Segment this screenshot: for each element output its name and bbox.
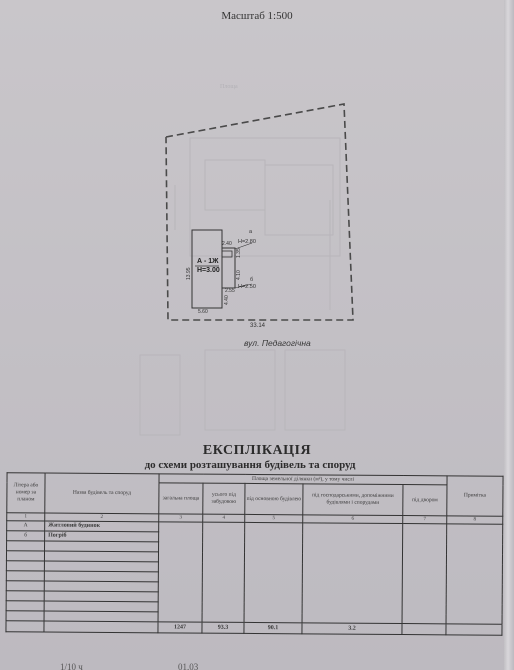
total-empty [6, 621, 44, 632]
site-plan [0, 0, 514, 440]
dim-bottom-side: 5.60 [198, 309, 208, 315]
annex-a-letter: а [249, 229, 252, 235]
total-built: 93.3 [202, 622, 244, 633]
header-total-area: загальна площа [159, 483, 203, 514]
row-letter: б [7, 531, 45, 541]
row-letter [6, 581, 44, 591]
building-main-letter: А - 1Ж [197, 257, 220, 266]
annex-a-height: Н=2.80 [238, 239, 256, 245]
explication-subtitle: до схеми розташування будівель та споруд [30, 459, 470, 471]
total-empty [44, 621, 158, 633]
total-main-building: 90.1 [244, 622, 302, 633]
annex-b-letter: б [250, 277, 253, 283]
row-letter [6, 611, 44, 621]
building-main-height: Н=3.00 [197, 266, 220, 275]
row-letter [6, 561, 44, 571]
annex-b-height: Н=2.50 [238, 284, 256, 290]
dim-annex-top: 2.40 [222, 241, 232, 247]
building-annex-a [222, 248, 235, 288]
header-main-building: під основною будівлею [245, 483, 303, 514]
dim-annex-step: 2.55 [225, 288, 235, 294]
footer-fragment-left: 1/10 ч [60, 662, 83, 670]
row-letter [6, 571, 44, 581]
empty-cell [202, 522, 245, 622]
empty-cell [402, 524, 447, 624]
total-note [446, 624, 502, 635]
header-note: Примітка [447, 476, 503, 516]
dim-annex-right-1: 1.35 [236, 248, 242, 258]
street-label: вул. Педагогічна [244, 338, 311, 348]
dim-left-side: 13.95 [186, 267, 192, 280]
header-name: Назва будівель та споруд [45, 473, 159, 514]
empty-cell [158, 522, 203, 622]
total-yard [402, 624, 446, 635]
col-num: 4 [203, 514, 245, 522]
header-auxiliary: під господарськими, допоміжними будівлям… [303, 484, 403, 516]
header-built-area: усього під забудовою [203, 483, 245, 514]
parcel-boundary [166, 104, 353, 320]
row-letter [6, 551, 44, 561]
header-yard: під двором [403, 485, 447, 516]
row-letter [7, 541, 45, 551]
col-num: 1 [7, 513, 45, 521]
boundary-length: 33.14 [250, 323, 265, 329]
dim-annex-lower: 4.40 [224, 295, 230, 305]
header-letter: Літера або номер за планом [7, 473, 45, 513]
footer-fragment-right: 01.03 [178, 662, 198, 670]
empty-cell [244, 522, 303, 622]
total-area: 1247 [158, 622, 202, 633]
explication-table: Літера або номер за планом Назва будівел… [5, 472, 503, 635]
row-letter: А [7, 521, 45, 531]
dim-annex-right-2: 4.10 [236, 270, 242, 280]
row-letter [6, 601, 44, 611]
empty-cell [302, 523, 403, 624]
building-main-label: А - 1Ж Н=3.00 [197, 257, 220, 275]
totals-row: 1247 93.3 90.1 3.2 [6, 621, 502, 635]
empty-cell [446, 524, 503, 624]
explication-title: ЕКСПЛІКАЦІЯ [0, 443, 514, 459]
row-letter [6, 591, 44, 601]
total-auxiliary: 3.2 [302, 623, 402, 635]
